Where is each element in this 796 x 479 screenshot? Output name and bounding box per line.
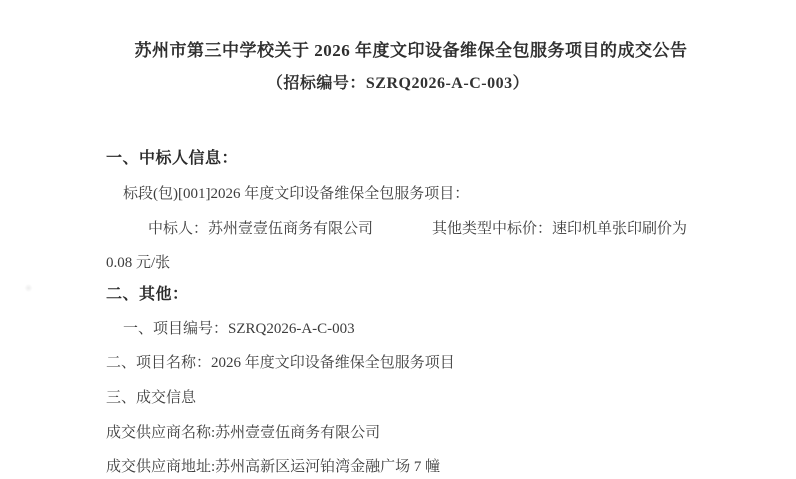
winner-name-text: 中标人：苏州壹壹伍商务有限公司 [148,222,373,237]
document-title: 苏州市第三中学校关于 2026 年度文印设备维保全包服务项目的成交公告 [26,42,796,59]
supplier-address-line: 成交供应商地址:苏州高新区运河铂湾金融广场 7 幢 [106,460,440,475]
scanned-document-page: 苏州市第三中学校关于 2026 年度文印设备维保全包服务项目的成交公告 （招标编… [0,0,796,479]
winner-price-text: 其他类型中标价：速印机单张印刷价为 [432,222,687,237]
price-continuation-text: 0.08 元/张 [106,256,170,271]
lot-package-line: 标段(包)[001]2026 年度文印设备维保全包服务项目： [123,187,469,202]
section-heading-winner-info: 一、中标人信息： [106,151,238,167]
deal-info-line: 三、成交信息 [106,391,196,406]
project-number-line: 一、项目编号：SZRQ2026-A-C-003 [123,322,355,337]
scan-smudge-artifact [24,284,33,292]
section-heading-other: 二、其他： [106,287,189,303]
tender-number-subtitle: （招标编号：SZRQ2026-A-C-003） [0,76,796,92]
winner-price-row: 中标人：苏州壹壹伍商务有限公司 其他类型中标价：速印机单张印刷价为 [0,222,796,240]
supplier-name-line: 成交供应商名称:苏州壹壹伍商务有限公司 [106,426,380,441]
project-name-line: 二、项目名称：2026 年度文印设备维保全包服务项目 [106,356,455,371]
